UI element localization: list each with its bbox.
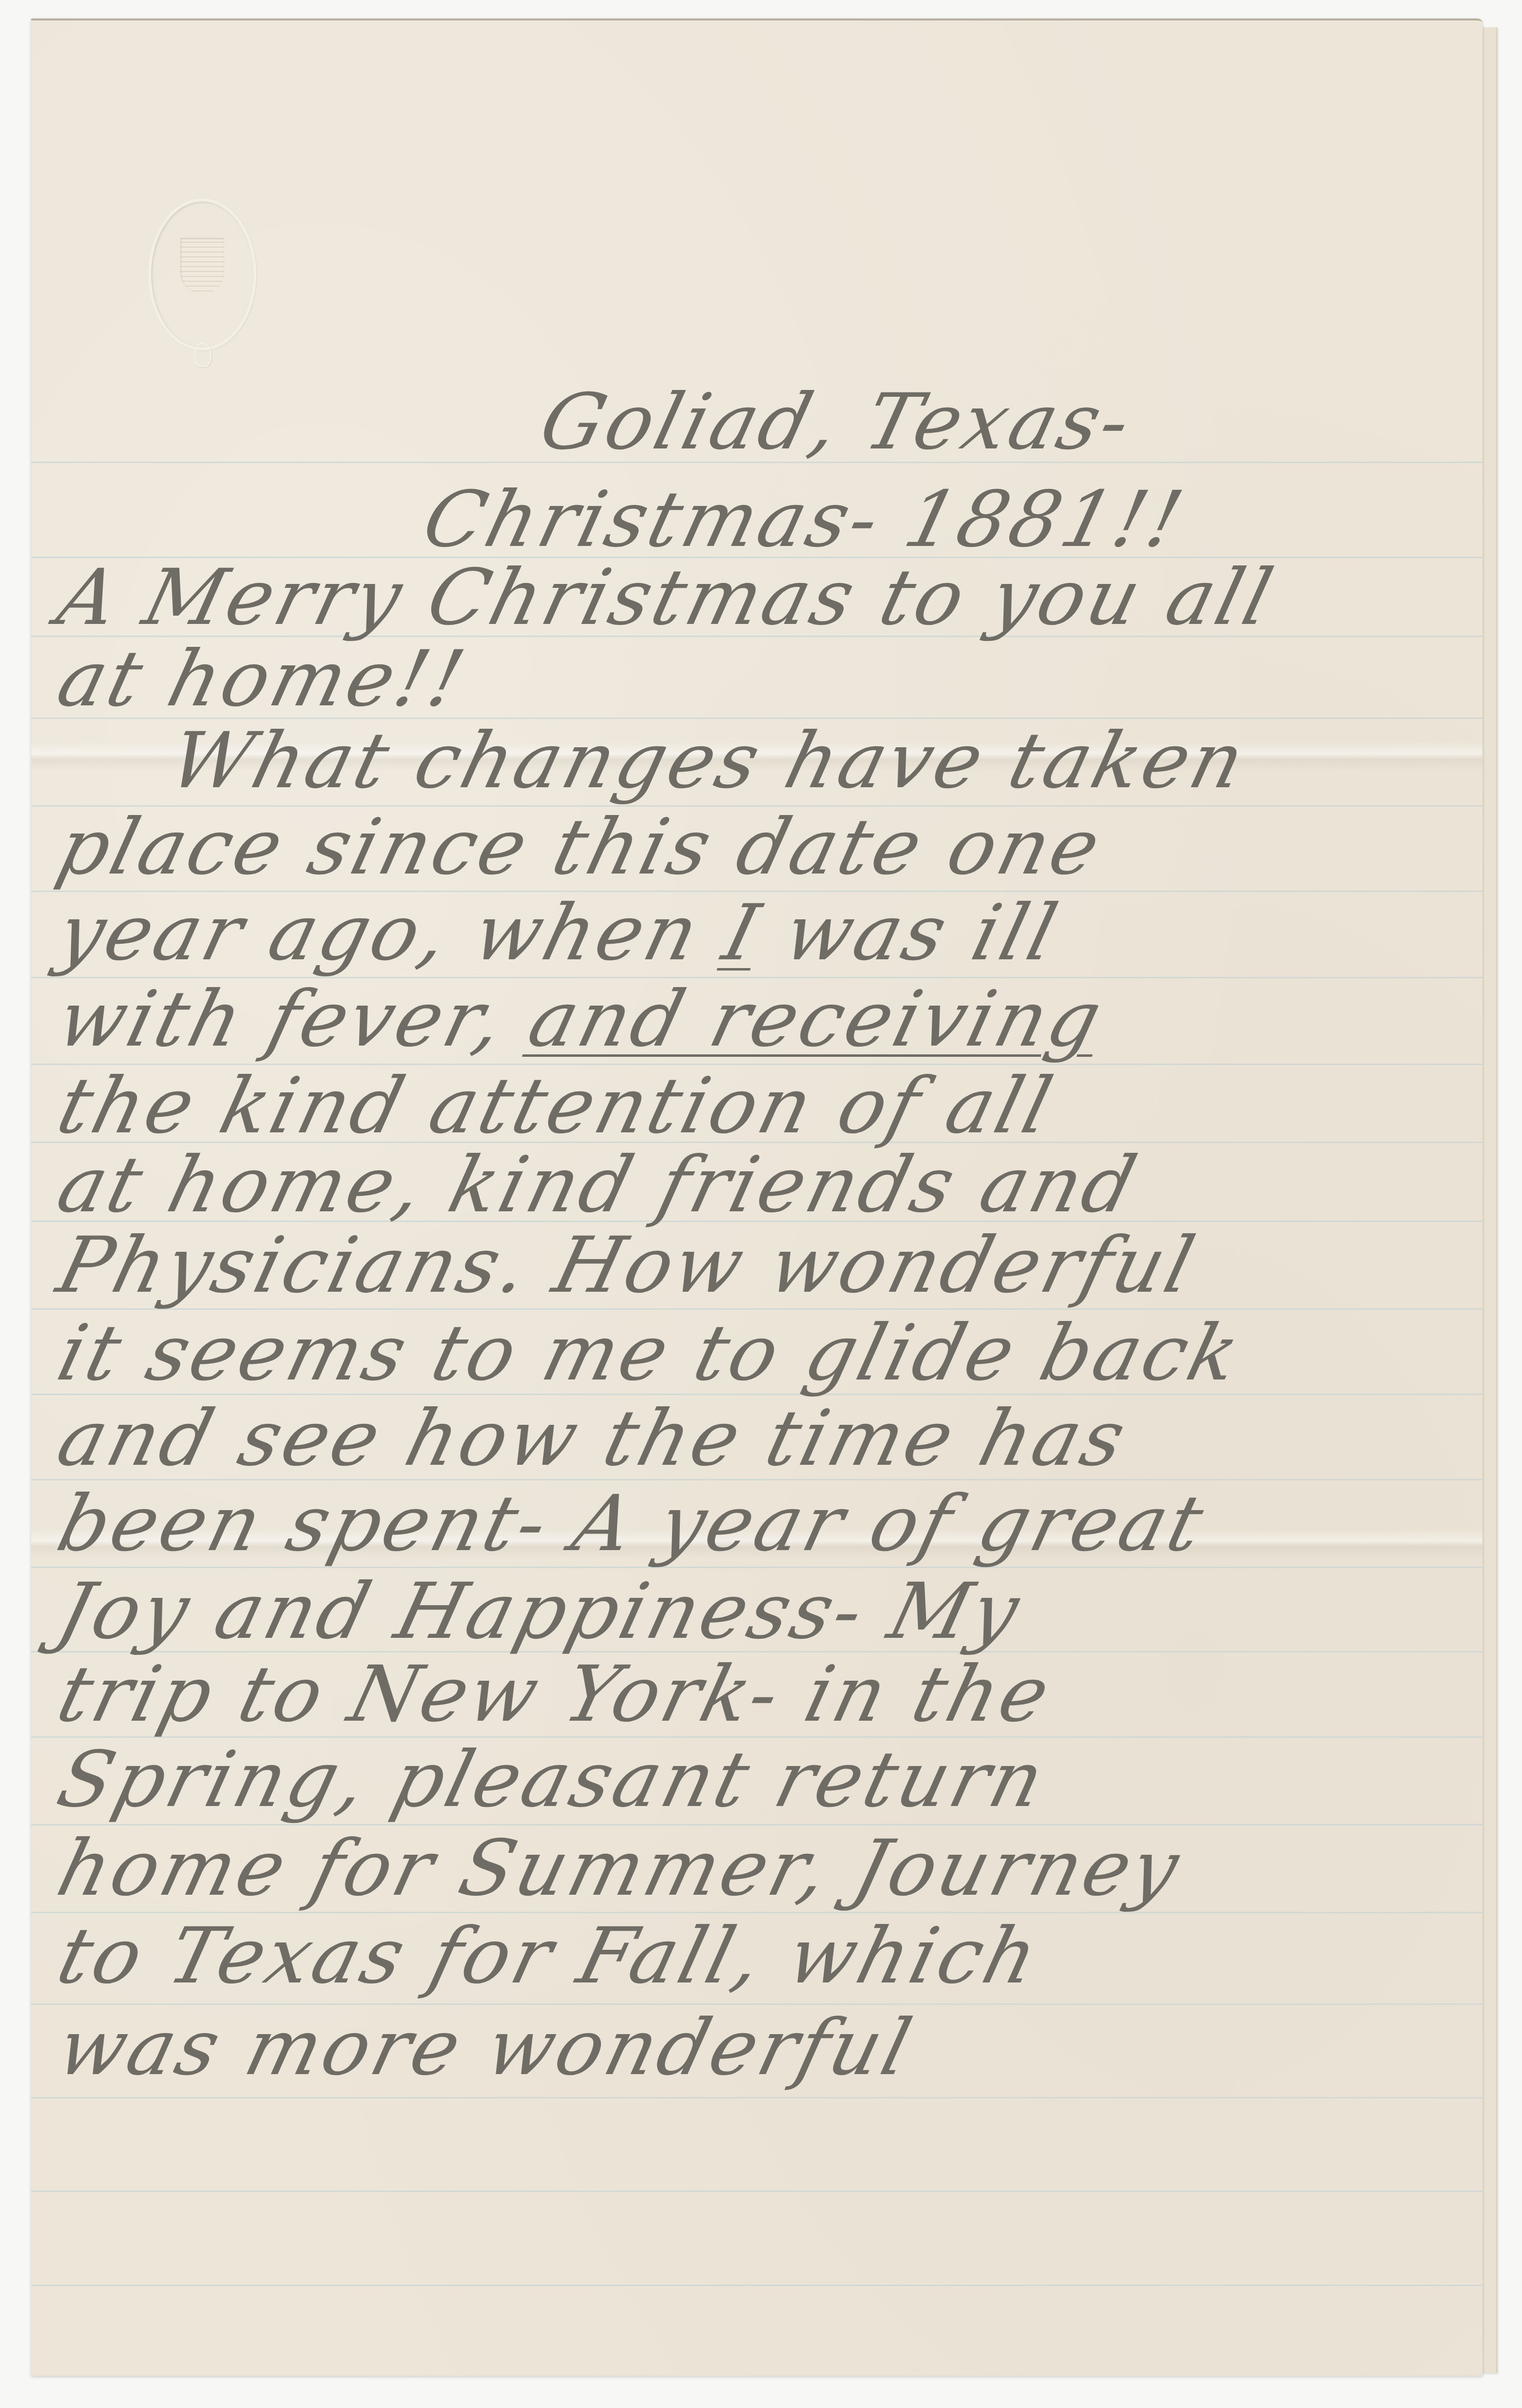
body-line: it seems to me to glide back — [51, 1315, 1249, 1392]
ribbon-icon — [194, 342, 212, 367]
greeting-line: A Merry Christmas to you all — [51, 559, 1282, 636]
body-line: trip to New York- in the — [51, 1656, 1059, 1733]
ruled-line — [31, 2097, 1483, 2098]
shield-icon — [180, 238, 224, 294]
letter-place: Goliad, Texas- — [533, 384, 1140, 461]
greeting-line: at home!! — [51, 641, 474, 718]
letter-page: Goliad, Texas- Christmas- 1881!! A Merry… — [31, 19, 1483, 2376]
body-line: Spring, pleasant return — [51, 1741, 1054, 1818]
body-line: with fever, and receiving — [51, 981, 1111, 1058]
body-line: home for Summer, Journey — [51, 1830, 1189, 1907]
letter-date: Christmas- 1881!! — [416, 481, 1192, 558]
body-line: year ago, when I was ill — [51, 894, 1067, 971]
body-line: been spent- A year of great — [51, 1485, 1213, 1562]
body-line: the kind attention of all — [51, 1068, 1061, 1145]
body-line: at home, kind friends and — [51, 1146, 1146, 1223]
ruled-line — [31, 2191, 1483, 2192]
body-line: Joy and Happiness- My — [51, 1573, 1029, 1650]
ruled-line — [31, 2285, 1483, 2286]
body-line: was more wonderful — [51, 2009, 921, 2086]
embossed-seal-icon — [148, 198, 256, 350]
body-line: What changes have taken — [163, 722, 1254, 799]
body-line: place since this date one — [51, 809, 1110, 886]
body-line: to Texas for Fall, which — [51, 1918, 1047, 1995]
body-line: and see how the time has — [51, 1400, 1135, 1477]
body-line: Physicians. How wonderful — [51, 1227, 1204, 1304]
